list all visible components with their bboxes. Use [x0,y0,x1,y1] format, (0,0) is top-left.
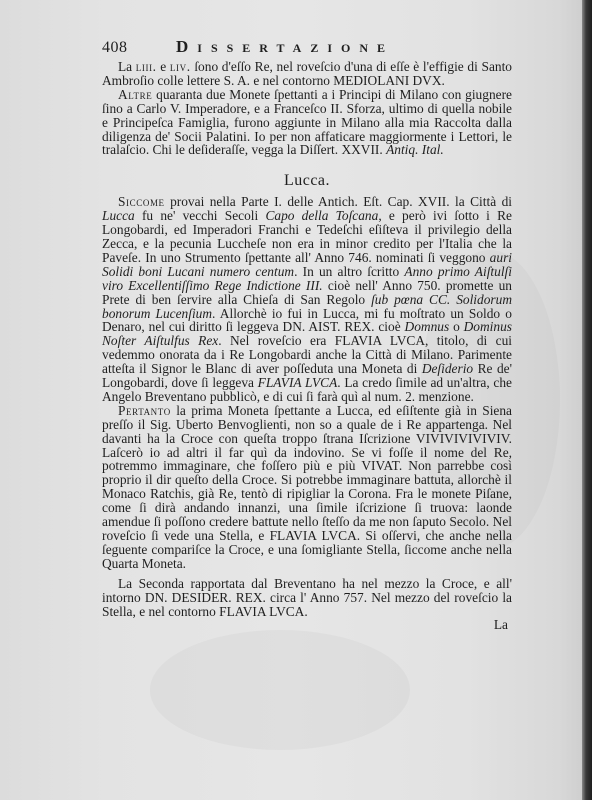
italic-text: Deſiderio [422,361,473,376]
paper-stain [150,630,410,750]
paragraph-text: provai nella Parte I. delle Antich. Eſt.… [165,194,512,209]
paragraph-text: o [449,319,463,334]
italic-text: Capo della Toſcana [265,208,378,223]
running-head-title: Dissertazione [162,40,394,54]
paragraph-pertanto: Pertanto la prima Moneta ſpettante a Luc… [102,404,512,571]
paragraph-text: . In un altro ſcritto [294,264,404,279]
paragraph-text: fu ne' vecchi Secoli [135,208,266,223]
book-binding-edge [582,0,592,800]
paragraph-text: e [157,59,170,74]
paragraph-lead: Pertanto [118,403,171,418]
paragraph-text: La Seconda rapportata dal Breventano ha … [102,576,512,619]
paragraph-siccome: Siccome provai nella Parte I. delle Anti… [102,195,512,404]
roman-numeral: liii. [136,59,157,74]
book-page: 408 Dissertazione La liii. e liv. ſono d… [0,0,582,800]
paragraph-liii-liv: La liii. e liv. ſono d'eſſo Re, nel rove… [102,60,512,88]
italic-text: Lucca [102,208,135,223]
italic-text: FLAVIA LVCA [258,375,338,390]
paragraph-text: quaranta due Monete ſpettanti a i Princi… [102,87,512,158]
paragraph-lead: Altre [118,87,152,102]
citation-italic: Antiq. Ital. [386,142,444,157]
roman-numeral: liv. [170,59,191,74]
italic-text: Domnus [405,319,450,334]
paragraph-text: la prima Moneta ſpettante a Lucca, ed eſ… [102,403,512,571]
catchword: La [494,618,512,632]
text-block: 408 Dissertazione La liii. e liv. ſono d… [102,40,512,632]
paragraph-lead: Siccome [118,194,165,209]
paragraph-altre: Altre quaranta due Monete ſpettanti a i … [102,88,512,158]
section-heading-lucca: Lucca. [102,174,512,188]
paragraph-lead: La [118,59,132,74]
running-head: 408 Dissertazione [102,40,512,60]
catchword-line: La [102,618,512,632]
page-number: 408 [102,41,162,55]
paragraph-la-seconda: La Seconda rapportata dal Breventano ha … [102,577,512,619]
